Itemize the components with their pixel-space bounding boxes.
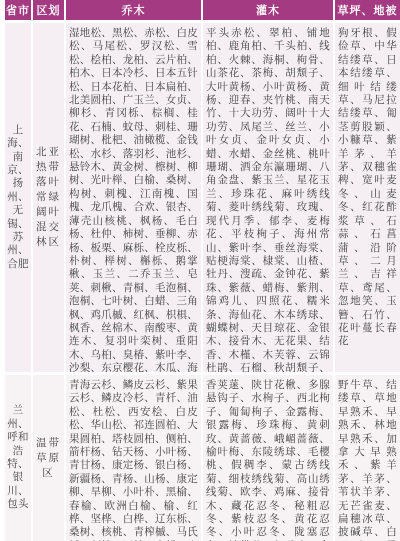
row1-groundcover-cell: 狗牙根、假俭草、中华结缕草、日本结缕草、细叶结缕草、马尼拉结缕草、匍茎剪股颖、小… <box>335 23 400 372</box>
row2-province-cell: 兰州、呼和浩特、银川、包头 <box>5 375 31 541</box>
row1-province-cell: 上海、南京、扬州、无锡、苏州、合肥 <box>5 23 31 372</box>
column-header-shrubs: 灌木 <box>203 0 333 20</box>
column-header-trees: 乔木 <box>66 0 201 20</box>
row2-zone-cell: 温带草原区 <box>33 375 64 541</box>
column-header-zone: 区划 <box>33 0 64 20</box>
plant-region-table: 省市 区划 乔木 灌木 草坪、地被 上海、南京、扬州、无锡、苏州、合肥 北亚热带… <box>5 0 400 541</box>
plant-region-table-page: 省市 区划 乔木 灌木 草坪、地被 上海、南京、扬州、无锡、苏州、合肥 北亚热带… <box>0 0 400 541</box>
column-header-groundcover: 草坪、地被 <box>335 0 400 20</box>
row1-shrubs-cell: 平头赤松、翠柏、铺地柏、鹿角柏、千头柏、线柏、火棘、海桐、枸骨、山茶花、茶梅、胡… <box>203 23 333 372</box>
row2-trees-cell: 青海云杉、鳞皮云杉、紫果云杉、鳞皮冷杉、青杄、油松、杜松、西安桧、白皮松、华山松… <box>66 375 201 541</box>
row1-trees-cell: 湿地松、黑松、赤松、白皮松、马尾松、罗汉松、雪松、桧柏、龙柏、云片柏、柏木、日本… <box>66 23 201 372</box>
column-header-province: 省市 <box>5 0 31 20</box>
row1-zone-cell: 北亚热带落叶常绿阔叶混交林区 <box>33 23 64 372</box>
row2-groundcover-cell: 野牛草、结缕草、草地早熟禾、早熟禾、林地早熟禾、加拿大早熟禾、紫羊茅、羊茅、苇状… <box>335 375 400 541</box>
row2-shrubs-cell: 香荚蒾、陕甘花楸、多腺悬钩子、水栒子、西北栒子、匍匐栒子、金露梅、银露梅、珍珠梅… <box>203 375 333 541</box>
